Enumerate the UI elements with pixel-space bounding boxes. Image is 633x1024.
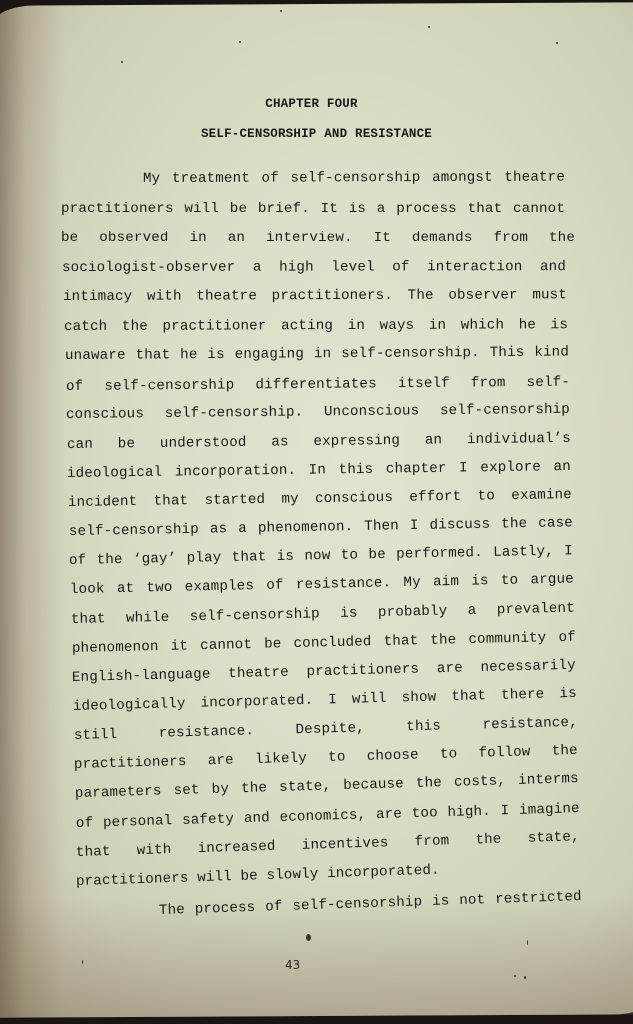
body-text-line: incident that started my conscious effor…: [68, 487, 572, 515]
body-text-line: of the ‘gay’ play that is now to be perf…: [69, 543, 573, 573]
ink-speck: [514, 975, 516, 977]
ink-speck: [82, 960, 83, 964]
ink-speck: [428, 26, 430, 28]
body-text-line: still resistance. Despite, this resistan…: [74, 715, 578, 748]
chapter-label: CHAPTER FOUR: [0, 97, 628, 111]
body-text-line: The process of self-censorship is not re…: [159, 889, 582, 923]
body-text-line: that while self-censorship is probably a…: [71, 601, 575, 632]
body-text-line: be observed in an interview. It demands …: [61, 230, 575, 250]
chapter-title: SELF-CENSORSHIP AND RESISTANCE: [0, 127, 633, 141]
body-text-line: sociologist-observer a high level of int…: [62, 259, 566, 280]
body-text-line: practitioners are likely to choose to fo…: [74, 743, 578, 777]
body-text-line: self-censorship as a phenomenon. Then I …: [69, 515, 573, 544]
body-text-line: My treatment of self-censorship amongst …: [143, 170, 565, 191]
body-text-line: practitioners will be slowly incorporate…: [76, 863, 440, 890]
ink-speck: [280, 10, 282, 12]
photographed-page-scene: CHAPTER FOUR SELF-CENSORSHIP AND RESISTA…: [0, 0, 633, 1024]
body-text-line: English-language theatre practitioners a…: [72, 658, 576, 690]
ink-speck: [239, 41, 241, 43]
body-text-line: ideologically incorporated. I will show …: [73, 686, 577, 719]
body-text-line: ideological incorporation. In this chapt…: [67, 459, 571, 486]
body-text-line: conscious self-censorship. Unconscious s…: [66, 402, 570, 427]
page-content: CHAPTER FOUR SELF-CENSORSHIP AND RESISTA…: [0, 0, 633, 1024]
body-text-line: look at two examples of resistance. My a…: [70, 571, 574, 602]
body-text-line: parameters set by the state, because the…: [75, 771, 579, 806]
body-text-line: that with increased incentives from the …: [76, 829, 580, 865]
body-text-line: of self-censorship differentiates itself…: [66, 375, 570, 399]
ink-speck: [524, 976, 526, 979]
body-text-line: catch the practitioner acting in ways in…: [64, 317, 568, 339]
body-text-line: can be understood as expressing an indiv…: [67, 431, 571, 457]
ink-speck: [306, 934, 311, 941]
ink-speck: [121, 61, 123, 63]
ink-speck: [527, 940, 528, 945]
ink-speck: [556, 42, 558, 44]
page-number: 43: [285, 958, 300, 972]
body-text-line: unaware that he is engaging in self-cens…: [65, 344, 569, 368]
body-text-line: intimacy with theatre practitioners. The…: [63, 287, 567, 309]
body-text-line: practitioners will be brief. It is a pro…: [61, 201, 565, 221]
body-text-line: phenomenon it cannot be concluded that t…: [72, 630, 576, 661]
